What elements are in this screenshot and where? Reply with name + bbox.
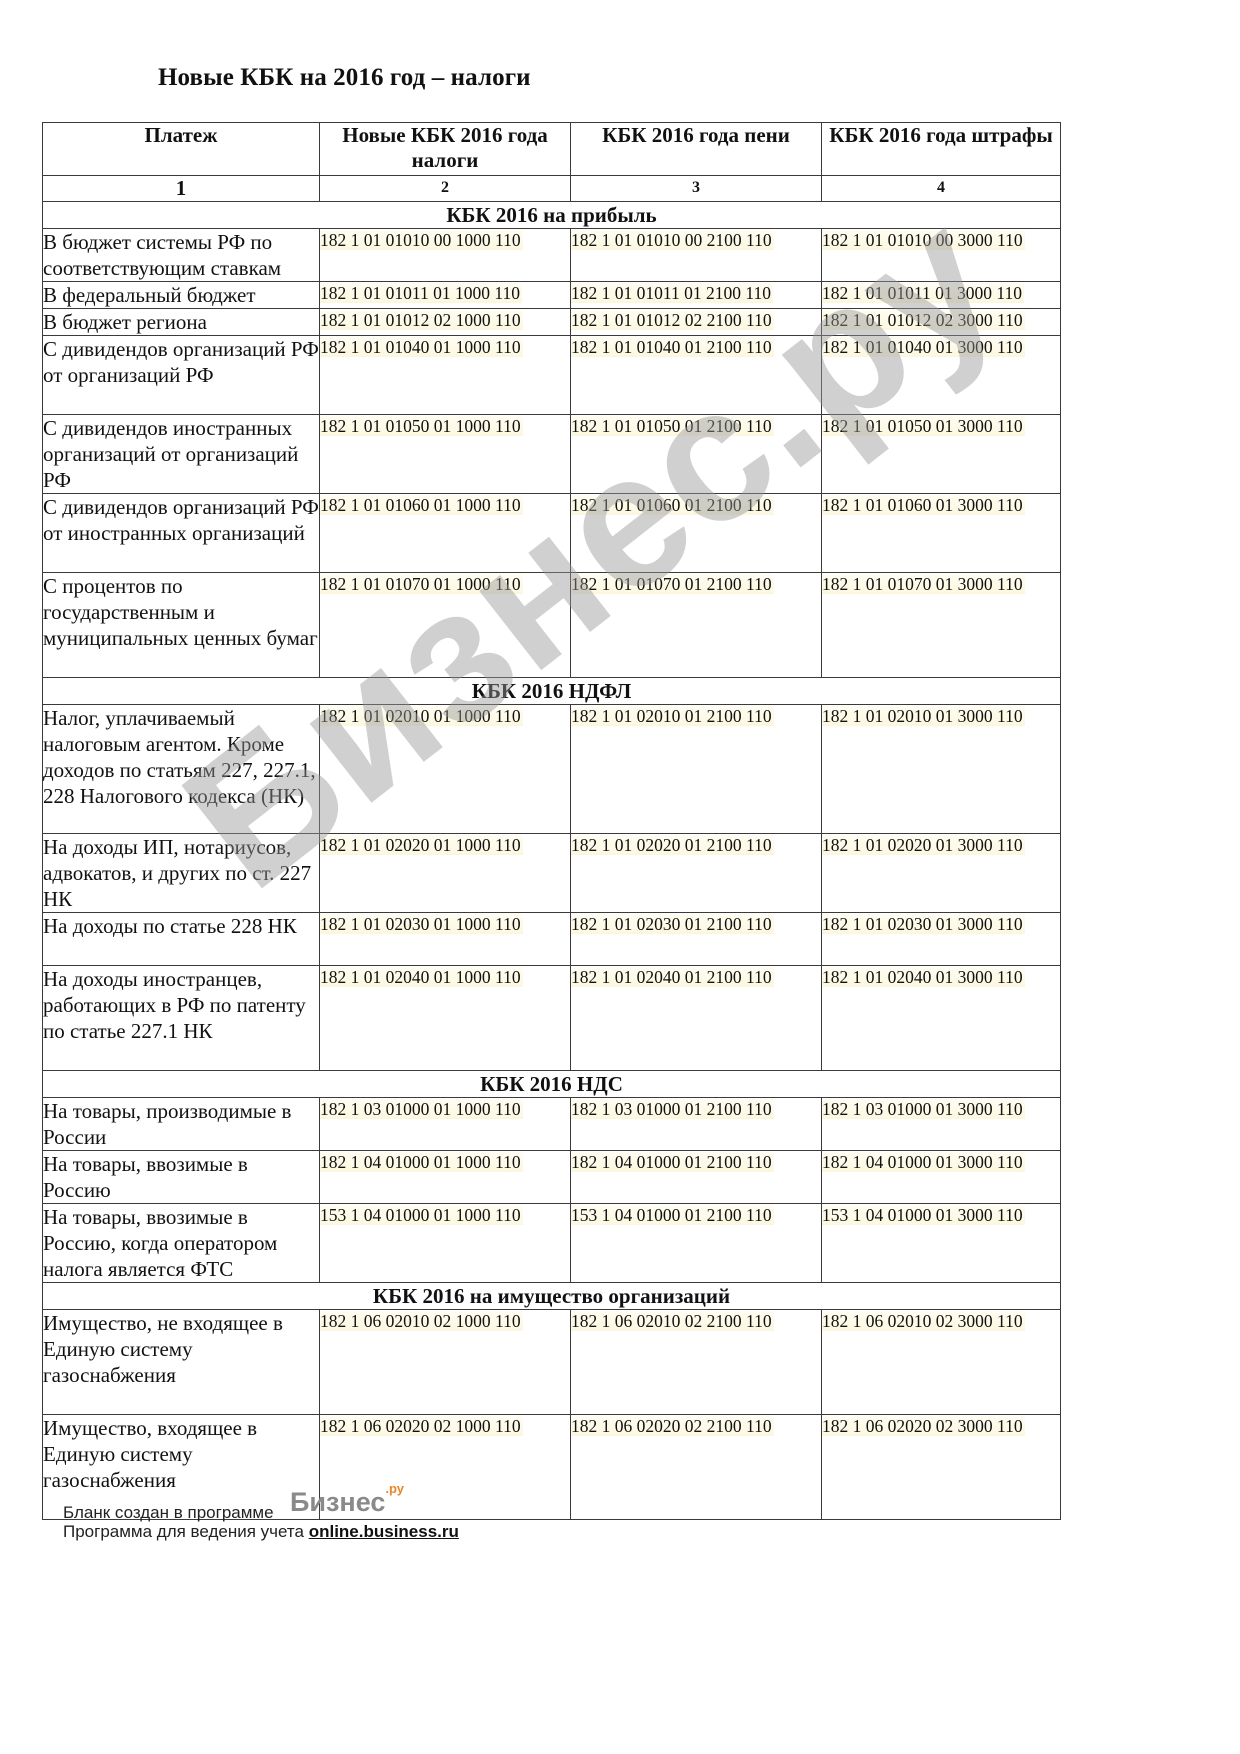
fine-code: 182 1 06 02010 02 3000 110 [822, 1311, 1025, 1331]
tax-code: 153 1 04 01000 01 1000 110 [320, 1205, 523, 1225]
column-header-tax: Новые КБК 2016 года налоги [320, 123, 571, 176]
penalty-interest-code: 182 1 01 02030 01 2100 110 [571, 914, 774, 934]
penalty-interest-code: 182 1 01 01040 01 2100 110 [571, 337, 774, 357]
column-number: 4 [822, 176, 1061, 202]
fine-code-cell: 182 1 01 01011 01 3000 110 [822, 282, 1061, 309]
column-number: 2 [320, 176, 571, 202]
tax-code: 182 1 01 01011 01 1000 110 [320, 283, 522, 303]
table-row: С дивидендов организаций РФ от иностранн… [43, 494, 1061, 573]
page-title: Новые КБК на 2016 год – налоги [158, 64, 531, 92]
fine-code-cell: 182 1 01 02040 01 3000 110 [822, 966, 1061, 1071]
tax-code-cell: 182 1 01 02020 01 1000 110 [320, 834, 571, 913]
tax-code-cell: 182 1 04 01000 01 1000 110 [320, 1151, 571, 1204]
tax-code: 182 1 01 02010 01 1000 110 [320, 706, 523, 726]
payment-cell: На доходы ИП, нотариусов, адвокатов, и д… [43, 834, 320, 913]
tax-code-cell: 182 1 01 02040 01 1000 110 [320, 966, 571, 1071]
tax-code: 182 1 01 01010 00 1000 110 [320, 230, 523, 250]
table-row: Налог, уплачиваемый налоговым агентом. К… [43, 705, 1061, 834]
tax-code-cell: 182 1 03 01000 01 1000 110 [320, 1098, 571, 1151]
penalty-interest-code-cell: 182 1 01 01010 00 2100 110 [571, 229, 822, 282]
fine-code-cell: 182 1 06 02020 02 3000 110 [822, 1415, 1061, 1520]
fine-code-cell: 182 1 01 01010 00 3000 110 [822, 229, 1061, 282]
tax-code-cell: 182 1 01 01050 01 1000 110 [320, 415, 571, 494]
penalty-interest-code: 182 1 01 02020 01 2100 110 [571, 835, 774, 855]
tax-code: 182 1 03 01000 01 1000 110 [320, 1099, 523, 1119]
penalty-interest-code: 182 1 01 02040 01 2100 110 [571, 967, 774, 987]
online-business-link[interactable]: online.business.ru [309, 1522, 459, 1541]
table-row: На доходы иностранцев, работающих в РФ п… [43, 966, 1061, 1071]
penalty-interest-code: 182 1 01 01060 01 2100 110 [571, 495, 774, 515]
tax-code: 182 1 06 02020 02 1000 110 [320, 1416, 523, 1436]
column-header-penalty-interest: КБК 2016 года пени [571, 123, 822, 176]
section-title: КБК 2016 на прибыль [43, 202, 1061, 229]
fine-code-cell: 182 1 01 01040 01 3000 110 [822, 336, 1061, 415]
tax-code: 182 1 04 01000 01 1000 110 [320, 1152, 523, 1172]
table-body: КБК 2016 на прибыльВ бюджет системы РФ п… [43, 202, 1061, 1520]
tax-code-cell: 182 1 01 01060 01 1000 110 [320, 494, 571, 573]
fine-code: 182 1 01 02020 01 3000 110 [822, 835, 1025, 855]
payment-cell: На товары, ввозимые в Россию, когда опер… [43, 1204, 320, 1283]
section-row: КБК 2016 НДС [43, 1071, 1061, 1098]
payment-cell: С дивидендов организаций РФ от иностранн… [43, 494, 320, 573]
section-row: КБК 2016 НДФЛ [43, 678, 1061, 705]
business-ru-logo: Бизнес.ру [290, 1487, 404, 1512]
fine-code: 182 1 01 01010 00 3000 110 [822, 230, 1025, 250]
table-row: С процентов по государственным и муницип… [43, 573, 1061, 678]
penalty-interest-code: 182 1 01 01010 00 2100 110 [571, 230, 774, 250]
payment-cell: В бюджет региона [43, 309, 320, 336]
table-row: На товары, производимые в России182 1 03… [43, 1098, 1061, 1151]
penalty-interest-code-cell: 182 1 01 01070 01 2100 110 [571, 573, 822, 678]
table-row: С дивидендов организаций РФ от организац… [43, 336, 1061, 415]
section-row: КБК 2016 на имущество организаций [43, 1283, 1061, 1310]
tax-code-cell: 182 1 01 02030 01 1000 110 [320, 913, 571, 966]
table-row: В бюджет системы РФ по соответствующим с… [43, 229, 1061, 282]
fine-code-cell: 182 1 01 01050 01 3000 110 [822, 415, 1061, 494]
tax-code-cell: 182 1 01 01012 02 1000 110 [320, 309, 571, 336]
section-title: КБК 2016 на имущество организаций [43, 1283, 1061, 1310]
payment-cell: На товары, ввозимые в Россию [43, 1151, 320, 1204]
fine-code-cell: 182 1 04 01000 01 3000 110 [822, 1151, 1061, 1204]
penalty-interest-code: 182 1 06 02010 02 2100 110 [571, 1311, 774, 1331]
tax-code: 182 1 01 01070 01 1000 110 [320, 574, 523, 594]
penalty-interest-code: 182 1 03 01000 01 2100 110 [571, 1099, 774, 1119]
tax-code-cell: 182 1 01 01011 01 1000 110 [320, 282, 571, 309]
table-row: С дивидендов иностранных организаций от … [43, 415, 1061, 494]
penalty-interest-code-cell: 153 1 04 01000 01 2100 110 [571, 1204, 822, 1283]
header-row: Платеж Новые КБК 2016 года налоги КБК 20… [43, 123, 1061, 176]
fine-code: 182 1 06 02020 02 3000 110 [822, 1416, 1025, 1436]
penalty-interest-code-cell: 182 1 04 01000 01 2100 110 [571, 1151, 822, 1204]
fine-code-cell: 182 1 06 02010 02 3000 110 [822, 1310, 1061, 1415]
section-title: КБК 2016 НДФЛ [43, 678, 1061, 705]
penalty-interest-code-cell: 182 1 01 02040 01 2100 110 [571, 966, 822, 1071]
penalty-interest-code: 182 1 01 01050 01 2100 110 [571, 416, 774, 436]
fine-code: 182 1 01 02040 01 3000 110 [822, 967, 1025, 987]
tax-code: 182 1 01 02030 01 1000 110 [320, 914, 523, 934]
penalty-interest-code-cell: 182 1 01 01040 01 2100 110 [571, 336, 822, 415]
tax-code: 182 1 06 02010 02 1000 110 [320, 1311, 523, 1331]
column-header-payment: Платеж [43, 123, 320, 176]
fine-code: 182 1 01 01050 01 3000 110 [822, 416, 1025, 436]
table-row: Имущество, не входящее в Единую систему … [43, 1310, 1061, 1415]
tax-code: 182 1 01 01040 01 1000 110 [320, 337, 523, 357]
tax-code-cell: 182 1 01 02010 01 1000 110 [320, 705, 571, 834]
payment-cell: С дивидендов иностранных организаций от … [43, 415, 320, 494]
fine-code-cell: 182 1 03 01000 01 3000 110 [822, 1098, 1061, 1151]
fine-code-cell: 182 1 01 01060 01 3000 110 [822, 494, 1061, 573]
penalty-interest-code: 182 1 01 01070 01 2100 110 [571, 574, 774, 594]
footer-program-line: Программа для ведения учета online.busin… [63, 1522, 459, 1541]
tax-code-cell: 182 1 01 01040 01 1000 110 [320, 336, 571, 415]
column-number: 1 [43, 176, 320, 202]
fine-code: 182 1 01 01011 01 3000 110 [822, 283, 1024, 303]
penalty-interest-code: 153 1 04 01000 01 2100 110 [571, 1205, 774, 1225]
fine-code: 182 1 01 01040 01 3000 110 [822, 337, 1025, 357]
payment-cell: На товары, производимые в России [43, 1098, 320, 1151]
fine-code-cell: 182 1 01 02020 01 3000 110 [822, 834, 1061, 913]
penalty-interest-code-cell: 182 1 01 02010 01 2100 110 [571, 705, 822, 834]
payment-cell: Налог, уплачиваемый налоговым агентом. К… [43, 705, 320, 834]
section-row: КБК 2016 на прибыль [43, 202, 1061, 229]
fine-code-cell: 182 1 01 01070 01 3000 110 [822, 573, 1061, 678]
penalty-interest-code-cell: 182 1 01 01060 01 2100 110 [571, 494, 822, 573]
table-row: На товары, ввозимые в Россию, когда опер… [43, 1204, 1061, 1283]
table-row: На доходы ИП, нотариусов, адвокатов, и д… [43, 834, 1061, 913]
table-row: В федеральный бюджет182 1 01 01011 01 10… [43, 282, 1061, 309]
payment-cell: Имущество, не входящее в Единую систему … [43, 1310, 320, 1415]
tax-code: 182 1 01 02040 01 1000 110 [320, 967, 523, 987]
penalty-interest-code-cell: 182 1 06 02020 02 2100 110 [571, 1415, 822, 1520]
payment-cell: В бюджет системы РФ по соответствующим с… [43, 229, 320, 282]
footer-program-text: Программа для ведения учета [63, 1522, 304, 1541]
fine-code: 182 1 04 01000 01 3000 110 [822, 1152, 1025, 1172]
penalty-interest-code-cell: 182 1 01 02020 01 2100 110 [571, 834, 822, 913]
fine-code-cell: 182 1 01 02030 01 3000 110 [822, 913, 1061, 966]
footer: Бланк создан в программе Бизнес.ру Прогр… [63, 1503, 459, 1541]
payment-cell: На доходы иностранцев, работающих в РФ п… [43, 966, 320, 1071]
table-row: На доходы по статье 228 НК182 1 01 02030… [43, 913, 1061, 966]
fine-code: 182 1 01 02030 01 3000 110 [822, 914, 1025, 934]
column-number-row: 1 2 3 4 [43, 176, 1061, 202]
payment-cell: С процентов по государственным и муницип… [43, 573, 320, 678]
penalty-interest-code-cell: 182 1 01 01050 01 2100 110 [571, 415, 822, 494]
penalty-interest-code: 182 1 01 01012 02 2100 110 [571, 310, 774, 330]
penalty-interest-code-cell: 182 1 01 01011 01 2100 110 [571, 282, 822, 309]
table-row: На товары, ввозимые в Россию182 1 04 010… [43, 1151, 1061, 1204]
fine-code-cell: 182 1 01 02010 01 3000 110 [822, 705, 1061, 834]
fine-code: 182 1 01 01070 01 3000 110 [822, 574, 1025, 594]
kbk-table: Платеж Новые КБК 2016 года налоги КБК 20… [42, 122, 1061, 1520]
payment-cell: На доходы по статье 228 НК [43, 913, 320, 966]
penalty-interest-code: 182 1 06 02020 02 2100 110 [571, 1416, 774, 1436]
fine-code-cell: 153 1 04 01000 01 3000 110 [822, 1204, 1061, 1283]
tax-code: 182 1 01 02020 01 1000 110 [320, 835, 523, 855]
tax-code: 182 1 01 01012 02 1000 110 [320, 310, 523, 330]
section-title: КБК 2016 НДС [43, 1071, 1061, 1098]
penalty-interest-code: 182 1 01 01011 01 2100 110 [571, 283, 773, 303]
column-header-fine: КБК 2016 года штрафы [822, 123, 1061, 176]
penalty-interest-code: 182 1 01 02010 01 2100 110 [571, 706, 774, 726]
penalty-interest-code: 182 1 04 01000 01 2100 110 [571, 1152, 774, 1172]
penalty-interest-code-cell: 182 1 01 01012 02 2100 110 [571, 309, 822, 336]
tax-code-cell: 182 1 01 01070 01 1000 110 [320, 573, 571, 678]
fine-code: 182 1 01 01012 02 3000 110 [822, 310, 1025, 330]
fine-code: 182 1 01 02010 01 3000 110 [822, 706, 1025, 726]
tax-code-cell: 153 1 04 01000 01 1000 110 [320, 1204, 571, 1283]
table-row: В бюджет региона182 1 01 01012 02 1000 1… [43, 309, 1061, 336]
penalty-interest-code-cell: 182 1 01 02030 01 2100 110 [571, 913, 822, 966]
logo-text: Бизнес [290, 1487, 385, 1517]
fine-code: 182 1 01 01060 01 3000 110 [822, 495, 1025, 515]
penalty-interest-code-cell: 182 1 03 01000 01 2100 110 [571, 1098, 822, 1151]
penalty-interest-code-cell: 182 1 06 02010 02 2100 110 [571, 1310, 822, 1415]
column-number: 3 [571, 176, 822, 202]
tax-code-cell: 182 1 06 02010 02 1000 110 [320, 1310, 571, 1415]
fine-code: 153 1 04 01000 01 3000 110 [822, 1205, 1025, 1225]
tax-code-cell: 182 1 01 01010 00 1000 110 [320, 229, 571, 282]
payment-cell: С дивидендов организаций РФ от организац… [43, 336, 320, 415]
fine-code-cell: 182 1 01 01012 02 3000 110 [822, 309, 1061, 336]
fine-code: 182 1 03 01000 01 3000 110 [822, 1099, 1025, 1119]
tax-code: 182 1 01 01050 01 1000 110 [320, 416, 523, 436]
tax-code: 182 1 01 01060 01 1000 110 [320, 495, 523, 515]
logo-suffix: .ру [385, 1481, 404, 1496]
payment-cell: В федеральный бюджет [43, 282, 320, 309]
